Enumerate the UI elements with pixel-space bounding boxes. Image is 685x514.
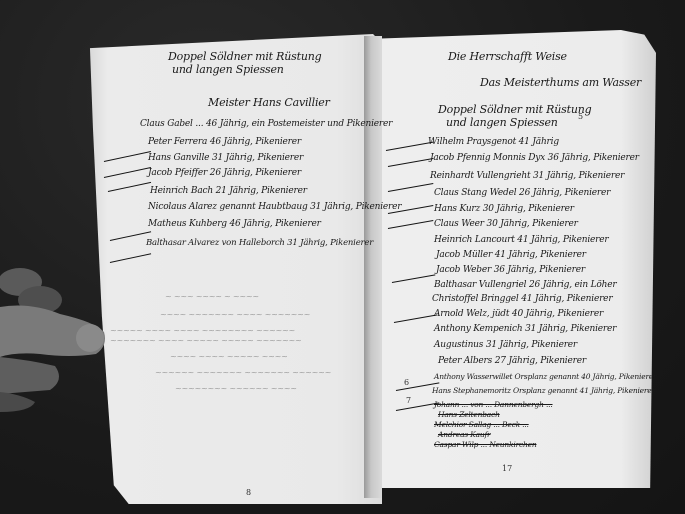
right-entry-10: Balthasar Vullengriel 26 Jährig, ein Löh… <box>434 280 616 290</box>
bleedthrough-text: ~~~~~ ~~~~ ~~~~ ~~~~~~~~ ~~~~~~ <box>110 326 295 335</box>
right-folio-number: 17 <box>502 464 512 473</box>
right-entry-4: Claus Stang Wedel 26 Jährig, Pikenierer <box>434 188 610 198</box>
right-heading-line-2: und langen Spiessen <box>446 116 558 129</box>
left-entry-8: Balthasar Alvarez von Halleborch 31 Jähr… <box>146 238 373 248</box>
bleedthrough-text: ~ ~~~ ~~~~ ~ ~~~~ <box>165 292 259 301</box>
right-entry-5: Hans Kurz 30 Jährig, Pikenierer <box>434 204 574 214</box>
right-entry-14: Augustinus 31 Jährig, Pikenierer <box>434 340 577 350</box>
left-heading-line-2: und langen Spiessen <box>172 63 284 76</box>
left-entry-6: Nicolaus Alarez genannt Haubtbaug 31 Jäh… <box>148 202 401 212</box>
right-entry-6: Claus Weer 30 Jährig, Pikenierer <box>434 219 578 229</box>
right-entry-12: Arnold Welz, jüdt 40 Jährig, Pikenierer <box>434 309 603 319</box>
left-entry-3: Hans Ganville 31 Jährig, Pikenierer <box>148 153 303 163</box>
bleedthrough-text: ~~~~ ~~~~~~~ ~~~~ ~~~~~~~ <box>160 310 310 319</box>
right-entry-16: Anthony Wasserwillet Orsplanz genannt 40… <box>434 372 656 381</box>
right-entry-2: Jacob Pfennig Monnis Dyx 36 Jährig, Pike… <box>430 153 639 163</box>
right-subtitle: Das Meisterthums am Wasser <box>480 76 641 89</box>
bleedthrough-text: ~~~~~~ ~~~~~~~ ~~~~~~~ ~~~~~~ <box>155 368 331 377</box>
left-folio-mark: 8 <box>246 488 251 497</box>
right-entry-11: Christoffel Bringgel 41 Jährig, Pikenier… <box>432 294 612 304</box>
right-entry-15: Peter Albers 27 Jährig, Pikenierer <box>438 356 586 366</box>
left-section-title: Meister Hans Cavillier <box>208 96 330 109</box>
left-entry-7: Matheus Kuhberg 46 Jährig, Pikenierer <box>148 219 321 229</box>
right-entry-3: Reinhardt Vullengrieht 31 Jährig, Pikeni… <box>430 171 624 181</box>
right-entry-8: Jacob Müller 41 Jährig, Pikenierer <box>436 250 586 260</box>
bleedthrough-text: ~~~~ ~~~~ ~~~~~ ~~~~ <box>170 352 288 361</box>
right-entry-9: Jacob Weber 36 Jährig, Pikenierer <box>436 265 585 275</box>
left-heading-line-1: Doppel Söldner mit Rüstung <box>168 50 321 63</box>
margin-number-6: 6 <box>404 378 409 387</box>
bleedthrough-text: ~~~~~~~ ~~~~ ~~~~~ ~~~~~ ~~~~~~~ <box>110 336 301 345</box>
struck-entry-1: Johann ... von ... Dannenbergh ... <box>434 400 553 409</box>
left-entry-4: Jacob Pfeiffer 26 Jährig, Pikenierer <box>148 168 301 178</box>
right-heading-line-1: Doppel Söldner mit Rüstung <box>438 103 591 116</box>
right-entry-13: Anthony Kempenich 31 Jährig, Pikenierer <box>434 324 616 334</box>
right-entry-7: Heinrich Lancourt 41 Jährig, Pikenierer <box>434 235 609 245</box>
struck-entry-4: Andreas Kaufr <box>438 430 490 439</box>
left-entry-2: Peter Ferrera 46 Jährig, Pikenierer <box>148 137 301 147</box>
right-title: Die Herrschafft Weise <box>448 50 567 63</box>
margin-number-7: 7 <box>406 396 411 405</box>
hand-holding-page <box>0 262 108 412</box>
struck-entry-2: Hans Zeltenbach <box>438 410 500 419</box>
left-entry-1: Claus Gabel ... 46 Jährig, ein Postemeis… <box>140 119 392 129</box>
struck-entry-5: Caspar Wilp ... Neunkirchen <box>434 440 537 449</box>
bleedthrough-text: ~~~~~~~~ ~~~~~~ ~~~~ <box>175 384 297 393</box>
struck-entry-3: Melchior Sallag ... Beck ... <box>434 420 529 429</box>
left-entry-5: Heinrich Bach 21 Jährig, Pikenierer <box>150 186 307 196</box>
book-gutter <box>364 36 382 498</box>
right-entry-1: Wilhelm Praysgenot 41 Jährig <box>428 137 559 147</box>
right-entry-17: Hans Stephanemoritz Orsplanz genannt 41 … <box>432 386 655 395</box>
